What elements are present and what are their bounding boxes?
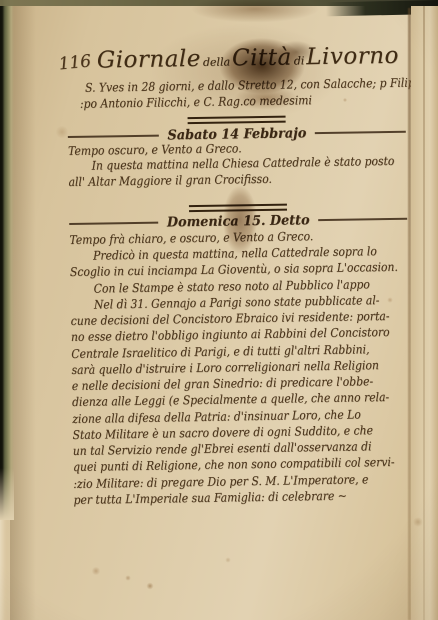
- manuscript-content: 116 GiornaledellaCittàdiLivorno S. Yves …: [66, 35, 411, 508]
- title-word-livorno: Livorno: [306, 43, 399, 70]
- manuscript-line: :po Antonio Filicchi, e C. Rag.co medesi…: [67, 91, 371, 112]
- intro-lines: S. Yves in 28 giorni, e dallo Stretto 12…: [67, 75, 405, 112]
- adjacent-page-edge: [411, 6, 438, 620]
- double-rule-1: [188, 116, 286, 125]
- title-word-giornale: Giornale: [97, 46, 201, 74]
- heading-rule-right-1: [315, 130, 406, 133]
- title-row: 116 GiornaledellaCittàdiLivorno: [66, 43, 404, 74]
- title-word-citta: Città: [232, 44, 292, 71]
- manuscript-line: per tutta L'Imperiale sua Famiglia: di c…: [73, 487, 377, 508]
- heading-rule-left-1: [68, 134, 159, 137]
- heading-rule-left-2: [69, 222, 158, 225]
- double-rule-2: [189, 203, 287, 212]
- section-2-lines: Tempo frà chiaro, e oscuro, e Vento a Gr…: [69, 226, 411, 508]
- manuscript-scan: 116 GiornaledellaCittàdiLivorno S. Yves …: [0, 0, 438, 620]
- section-1-lines: Tempo oscuro, e Vento a Greco.In questa …: [68, 139, 407, 190]
- spine-end-edge: [0, 516, 7, 620]
- title-word-della: della: [203, 55, 230, 68]
- journal-title: GiornaledellaCittàdiLivorno: [91, 43, 405, 74]
- title-word-di: di: [294, 54, 305, 67]
- page-number: 116: [58, 51, 92, 74]
- heading-rule-right-2: [318, 218, 407, 221]
- book-spine: [0, 0, 14, 520]
